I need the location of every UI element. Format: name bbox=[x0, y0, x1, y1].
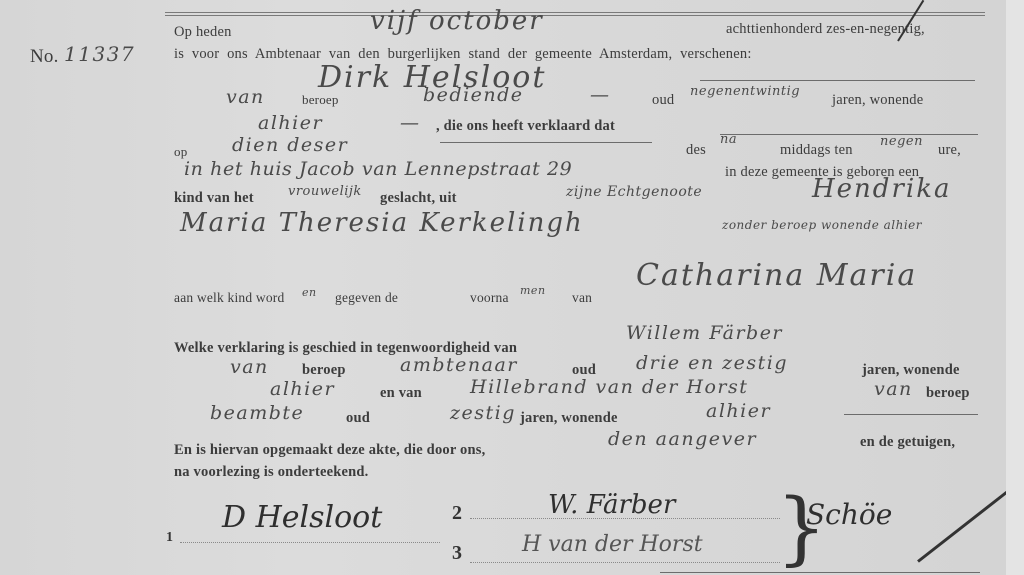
signature-number-1: 1 bbox=[166, 530, 173, 546]
signature-witness-2: H van der Horst bbox=[522, 532, 703, 557]
child-sex: vrouwelijk bbox=[288, 184, 362, 199]
printed-van: van bbox=[572, 290, 592, 306]
printed-onderteekend: na voorlezing is onderteekend. bbox=[174, 464, 369, 481]
witness1-age: drie en zestig bbox=[636, 352, 788, 374]
voorna-suffix: men bbox=[520, 284, 546, 297]
residence-rule bbox=[844, 414, 978, 415]
printed-jaren-wonende-3: jaren, wonende bbox=[520, 410, 618, 427]
handwritten-van: van bbox=[226, 86, 265, 108]
dash-1: — bbox=[590, 84, 611, 106]
signature-declarant: D Helsloot bbox=[222, 500, 382, 535]
printed-middags: middags ten bbox=[780, 142, 853, 159]
signature-line-1 bbox=[180, 542, 440, 543]
printed-getuigen: en de getuigen, bbox=[860, 434, 955, 451]
printed-oud: oud bbox=[652, 92, 674, 109]
witness2-occupation: beambte bbox=[210, 402, 304, 424]
declarant-occupation: bediende bbox=[423, 84, 524, 106]
printed-oud-3: oud bbox=[346, 410, 370, 427]
printed-geslacht-uit: geslacht, uit bbox=[380, 190, 457, 207]
birth-address: in het huis Jacob van Lennepstraat 29 bbox=[184, 158, 572, 180]
des-suffix: na bbox=[720, 132, 737, 147]
printed-akte: En is hiervan opgemaakt deze akte, die d… bbox=[174, 442, 485, 459]
printed-des: des bbox=[686, 142, 706, 159]
signature-number-3: 3 bbox=[452, 542, 462, 565]
handwritten-date: vijf october bbox=[370, 6, 544, 36]
signature-official: Schöe bbox=[806, 498, 892, 531]
mother-first-name: Hendrika bbox=[812, 174, 951, 204]
declarant-residence: alhier bbox=[258, 112, 323, 134]
mother-note: zonder beroep wonende alhier bbox=[722, 218, 922, 232]
certificate-page: No. 11337 Op heden vijf october achttien… bbox=[0, 0, 1006, 575]
word-suffix: en bbox=[302, 286, 317, 299]
witness2-van: van bbox=[874, 378, 913, 400]
dash-2: — bbox=[400, 112, 421, 134]
witness1-occupation: ambtenaar bbox=[400, 354, 518, 376]
printed-year: achttienhonderd zes-en-negentig, bbox=[726, 21, 925, 38]
day-rule bbox=[440, 142, 652, 143]
signature-witness-1: W. Färber bbox=[548, 490, 675, 520]
printed-ure: ure, bbox=[938, 142, 961, 159]
printed-beroep: beroep bbox=[302, 92, 339, 108]
signed-by: den aangever bbox=[608, 428, 757, 450]
top-rule bbox=[165, 12, 985, 13]
birth-hour: negen bbox=[880, 134, 923, 149]
scan-margin bbox=[1006, 0, 1024, 575]
declared-rule bbox=[720, 134, 978, 135]
birth-day: dien deser bbox=[232, 134, 348, 156]
printed-voorna: voorna bbox=[470, 290, 509, 306]
top-rule-2 bbox=[165, 15, 985, 16]
printed-jaren-wonende-2: jaren, wonende bbox=[862, 362, 960, 379]
printed-verklaard-dat: , die ons heeft verklaard dat bbox=[436, 118, 615, 135]
printed-beroep-2: beroep bbox=[302, 362, 346, 379]
witness2-name: Hillebrand van der Horst bbox=[470, 376, 748, 398]
printed-en-van: en van bbox=[380, 385, 422, 402]
name-rule bbox=[700, 80, 975, 81]
witness1-residence: alhier bbox=[270, 378, 335, 400]
printed-beroep-3: beroep bbox=[926, 385, 970, 402]
child-given-names: Catharina Maria bbox=[636, 258, 917, 293]
record-number: 11337 bbox=[64, 42, 135, 66]
bottom-rule bbox=[660, 572, 980, 573]
mother-intro: zijne Echtgenoote bbox=[566, 184, 702, 200]
declarant-age: negenentwintig bbox=[690, 84, 800, 99]
witness2-residence: alhier bbox=[706, 400, 771, 422]
witness1-van: van bbox=[230, 356, 269, 378]
witness1-name: Willem Färber bbox=[626, 322, 783, 344]
printed-gegeven-de: gegeven de bbox=[335, 290, 398, 306]
signature-line-3 bbox=[470, 562, 780, 563]
witness2-age: zestig bbox=[450, 402, 516, 424]
printed-kind-van-het: kind van het bbox=[174, 190, 254, 207]
printed-jaren-wonende: jaren, wonende bbox=[832, 92, 923, 109]
mother-name: Maria Theresia Kerkelingh bbox=[180, 208, 584, 238]
official-flourish bbox=[917, 486, 1013, 562]
record-number-label: No. bbox=[30, 46, 59, 68]
printed-op-heden: Op heden bbox=[174, 24, 232, 41]
signature-number-2: 2 bbox=[452, 502, 462, 525]
printed-aan-welk-kind: aan welk kind word bbox=[174, 290, 284, 306]
